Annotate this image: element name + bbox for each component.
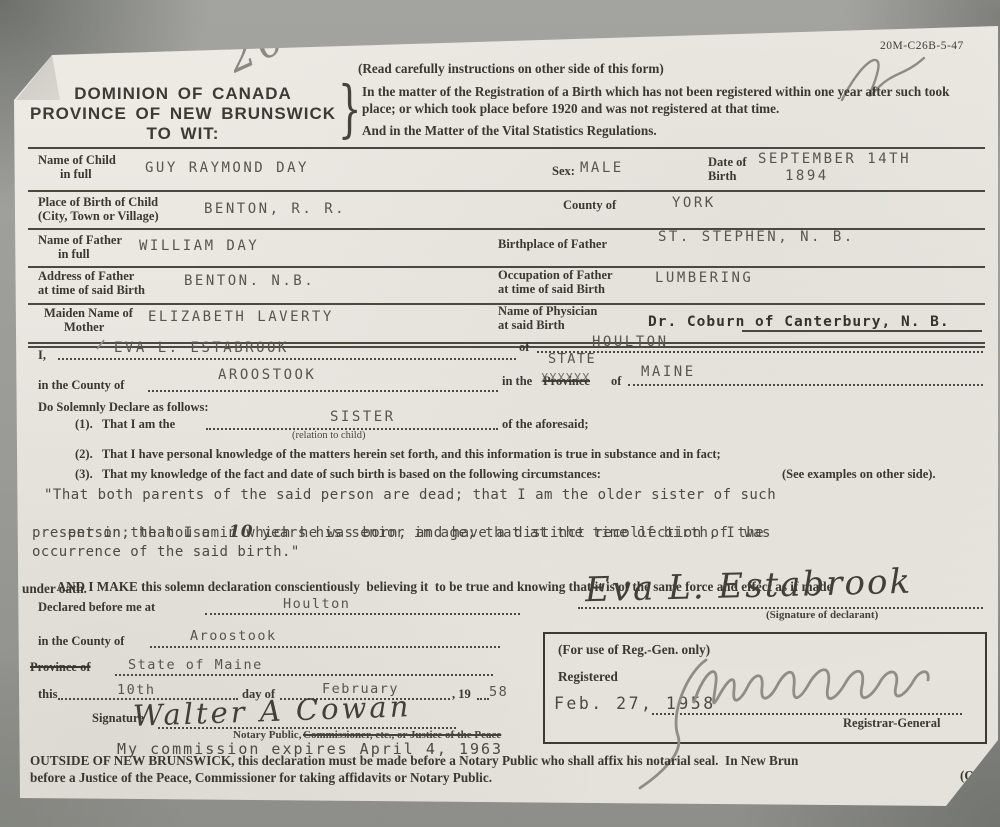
footer-note-line-2: before a Justice of the Peace, Commissio… [30,770,492,787]
birth-place-label-2: (City, Town or Village) [38,209,159,223]
state-correction: STATE [548,351,596,367]
leader-dots [628,381,983,386]
solemnly-declare-label: Do Solemnly Declare as follows: [38,400,209,414]
father-occupation-value: LUMBERING [655,270,753,286]
of-label: of [519,340,529,354]
corner-fold [14,52,74,112]
scanned-form-paper: 20695 20M-C26B-5-47 DOMINION OF CANADA P… [0,0,1000,827]
clause3-note: (See examples on other side). [782,467,936,481]
matter-paragraph-2: And in the Matter of the Vital Statistic… [362,123,657,140]
oath-tail: under oath. [22,581,87,598]
execution-county-label: in the County of [38,634,124,648]
footer-note-line-1: OUTSIDE OF NEW BRUNSWICK, this declarati… [30,753,798,770]
i-label: I, [38,348,46,362]
statement-line-3: present in the house in which he was bor… [32,525,764,541]
clause1-note: (relation to child) [292,430,365,441]
sex-value: MALE [580,160,624,176]
birth-place-value: BENTON, R. R. [204,201,346,217]
father-occupation-label-2: at time of said Birth [498,282,605,296]
jurisdiction-line-3: TO WIT: [28,125,338,142]
birth-year-value: 1894 [785,168,829,184]
mother-maiden-value: ELIZABETH LAVERTY [148,309,334,325]
declarant-signature: Eva L. Estabrook [585,562,913,611]
father-occupation-label: Occupation of Father [498,268,613,282]
jurisdiction-line-1: DOMINION OF CANADA [28,85,338,102]
read-instructions-note: (Read carefully instructions on other si… [358,61,664,78]
sex-label: Sex: [552,164,575,178]
clause1-pre: (1). That I am the [75,417,175,431]
matter-paragraph-1: In the matter of the Registration of a B… [362,84,984,118]
declarant-residence-value: HOULTON [592,334,669,350]
child-name-value: GUY RAYMOND DAY [145,160,309,176]
rule-line [28,147,985,149]
declared-place-value: Houlton [283,596,350,612]
statement-line-1: "That both parents of the said person ar… [44,487,776,503]
leader-dots [477,695,489,700]
father-birthplace-value: ST. STEPHEN, N. B. [658,229,855,245]
mother-maiden-label-2: Mother [64,320,104,334]
execution-province-value: State of Maine [128,657,263,673]
year-value: 58 [489,684,508,700]
province-overstrike: XXXXXX [541,371,590,385]
physician-underline [742,330,982,332]
declarant-county-label: in the County of [38,378,124,392]
declared-before-label: Declared before me at [38,600,155,614]
county-label: County of [563,198,616,212]
clause3: (3). That my knowledge of the fact and d… [75,467,601,481]
statement-line-4: occurrence of the said birth." [32,544,300,560]
birth-date-value: SEPTEMBER 14TH [758,151,911,167]
jurisdiction-line-2: PROVINCE OF NEW BRUNSWICK [28,105,338,122]
execution-county-value: Aroostook [190,628,277,644]
father-address-label: Address of Father [38,269,134,283]
clause1-value: SISTER [330,409,396,425]
birth-place-label: Place of Birth of Child [38,195,158,209]
physician-value: Dr. Coburn of Canterbury, N. B. [648,314,950,330]
over-partial: (O [960,768,975,785]
year-prefix: , 19 [452,687,471,701]
father-birthplace-label: Birthplace of Father [498,237,607,251]
this-label: this [38,687,57,701]
declarant-county-value: AROOSTOOK [218,367,316,383]
county-value: YORK [672,195,716,211]
of-label-2: of [611,374,621,388]
leader-dots [205,610,520,615]
mother-maiden-label: Maiden Name of [44,306,133,320]
handwritten-docket-number: 20695 [219,0,379,82]
pencil-tick [95,338,109,352]
leader-dots [148,387,498,392]
execution-province-label-struck: Province of [30,660,91,674]
physician-label: Name of Physician [498,304,597,318]
clause2: (2). That I have personal knowledge of t… [75,447,721,461]
father-name-value: WILLIAM DAY [139,238,259,254]
declarant-name-value: EVA L. ESTABROOK [114,340,289,356]
father-name-label: Name of Father [38,233,122,247]
declarant-signature-label: (Signature of declarant) [766,609,878,621]
child-name-label-2: in full [60,167,92,181]
father-address-label-2: at time of said Birth [38,283,145,297]
birth-date-label-2: Birth [708,169,736,183]
birth-date-label: Date of [708,155,747,169]
in-the-label: in the [502,374,532,388]
father-address-value: BENTON. N.B. [184,273,315,289]
state-value: MAINE [641,364,696,380]
father-name-label-2: in full [58,247,90,261]
physician-label-2: at said Birth [498,318,565,332]
rule-line [28,190,985,192]
day-value: 10th [117,682,156,698]
brace: } [338,72,362,145]
clause1-post: of the aforesaid; [502,417,589,431]
child-name-label: Name of Child [38,153,116,167]
